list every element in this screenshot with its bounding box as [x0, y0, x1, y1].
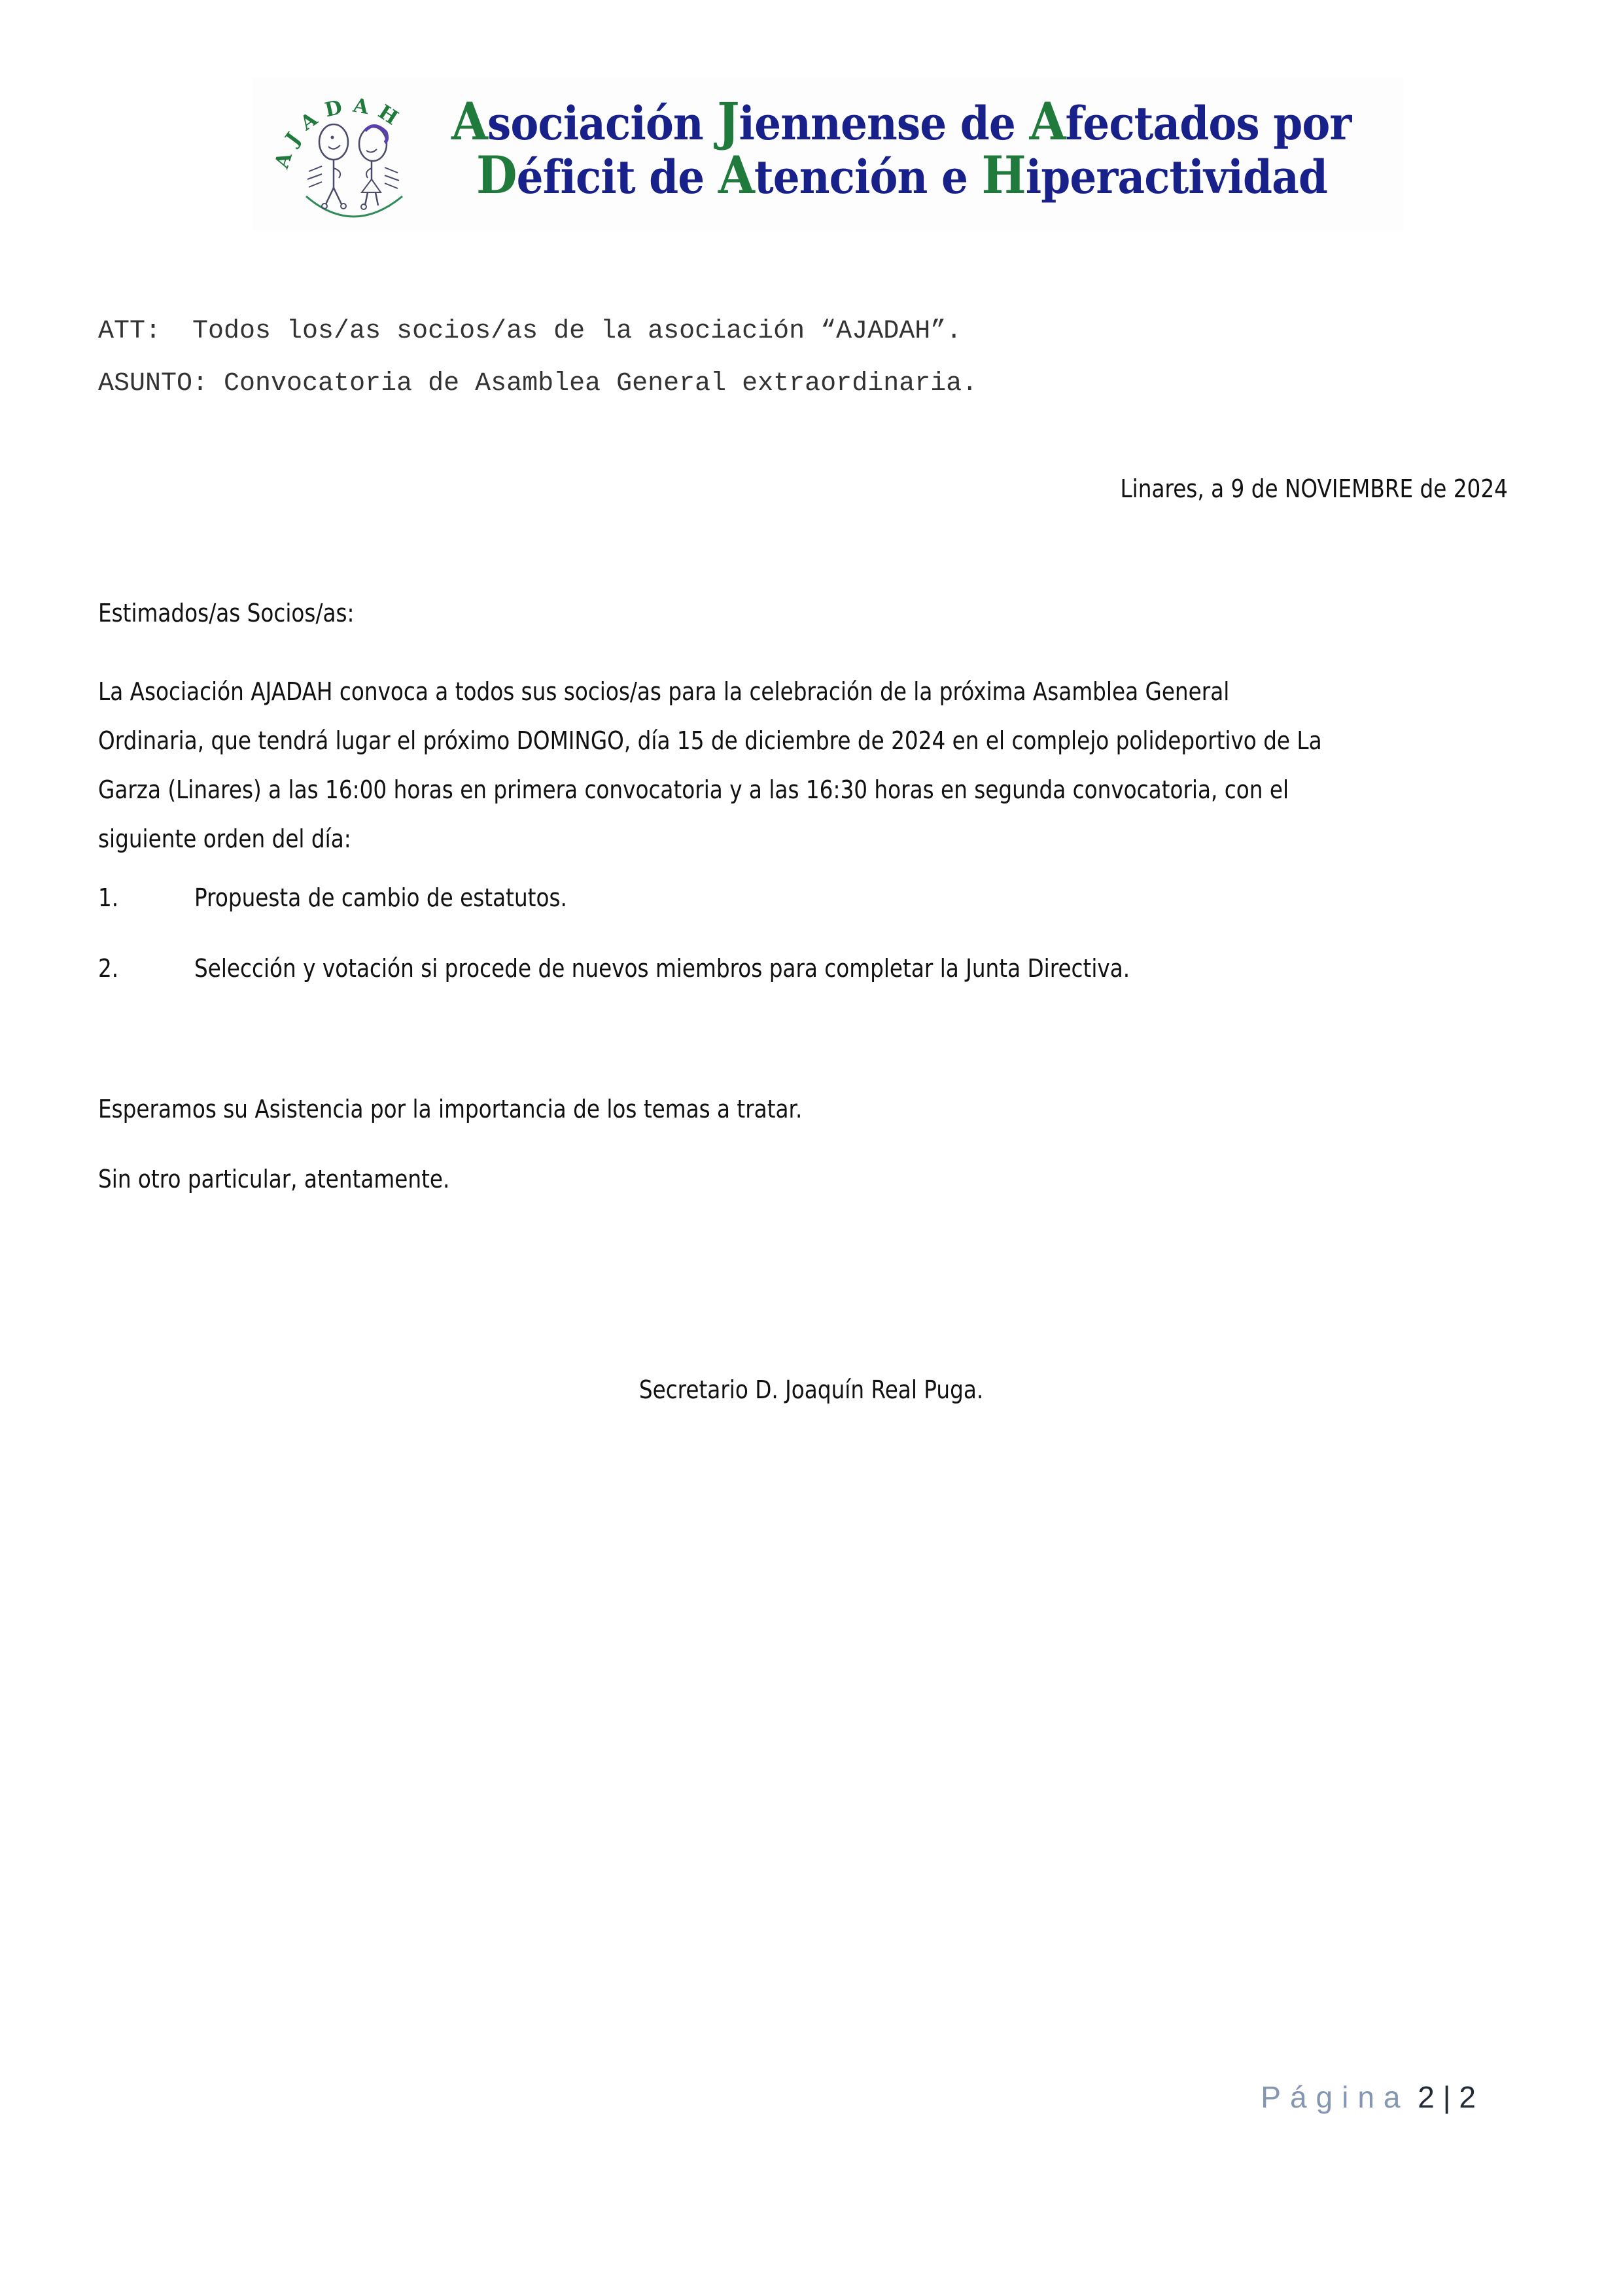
letterhead-word: iperactividad	[1026, 150, 1327, 204]
svg-text:AJADAH: AJADAH	[270, 94, 410, 172]
signature: Secretario D. Joaquín Real Puga.	[0, 1375, 1623, 1404]
agenda-item-text: Selección y votación si procede de nuevo…	[194, 954, 1130, 983]
subject-line: ASUNTO: Convocatoria de Asamblea General…	[98, 369, 977, 398]
agenda-item-number: 1.	[98, 883, 118, 912]
paragraph-line: siguiente orden del día:	[98, 815, 1516, 864]
paragraph-line: La Asociación AJADAH convoca a todos sus…	[98, 667, 1516, 716]
paragraph-line: Garza (Linares) a las 16:00 horas en pri…	[98, 766, 1516, 815]
ajadah-logo-icon: AJADAH	[268, 80, 438, 229]
letterhead-word: fectados por	[1066, 96, 1352, 150]
letterhead-initial: A	[1029, 92, 1065, 152]
letterhead-word: tención e	[754, 150, 982, 204]
page-total: 2	[1459, 2080, 1476, 2114]
page-label: Página	[1261, 2080, 1409, 2114]
closing-request: Esperamos su Asistencia por la importanc…	[98, 1095, 802, 1123]
letterhead-word: éficit de	[517, 150, 718, 204]
convocation-paragraph: La Asociación AJADAH convoca a todos sus…	[98, 667, 1516, 864]
letterhead-word: sociación	[487, 96, 717, 150]
att-line: ATT: Todos los/as socios/as de la asocia…	[98, 317, 962, 346]
salutation: Estimados/as Socios/as:	[98, 599, 355, 627]
closing-regards: Sin otro particular, atentamente.	[98, 1165, 449, 1193]
agenda-item-number: 2.	[98, 954, 118, 983]
letterhead-word: iennense de	[739, 96, 1030, 150]
letterhead-initial: H	[981, 145, 1025, 205]
letterhead-title-line2: Déficit de Atención e Hiperactividad	[476, 145, 1327, 205]
letterhead-initial: A	[451, 92, 487, 152]
letterhead-initial: A	[718, 145, 754, 205]
letter-date: Linares, a 9 de NOVIEMBRE de 2024	[1121, 474, 1508, 503]
letterhead-title-line1: Asociación Jiennense de Afectados por	[451, 92, 1351, 152]
letterhead-initial: D	[476, 145, 517, 205]
paragraph-line: Ordinaria, que tendrá lugar el próximo D…	[98, 716, 1516, 766]
letterhead-initial: J	[717, 92, 739, 152]
page-separator: |	[1443, 2080, 1451, 2114]
signature-text: Secretario D. Joaquín Real Puga.	[639, 1375, 983, 1404]
page-number-footer: Página 2 | 2	[1261, 2079, 1476, 2115]
agenda-item-text: Propuesta de cambio de estatutos.	[194, 883, 567, 912]
page-current: 2	[1418, 2080, 1435, 2114]
